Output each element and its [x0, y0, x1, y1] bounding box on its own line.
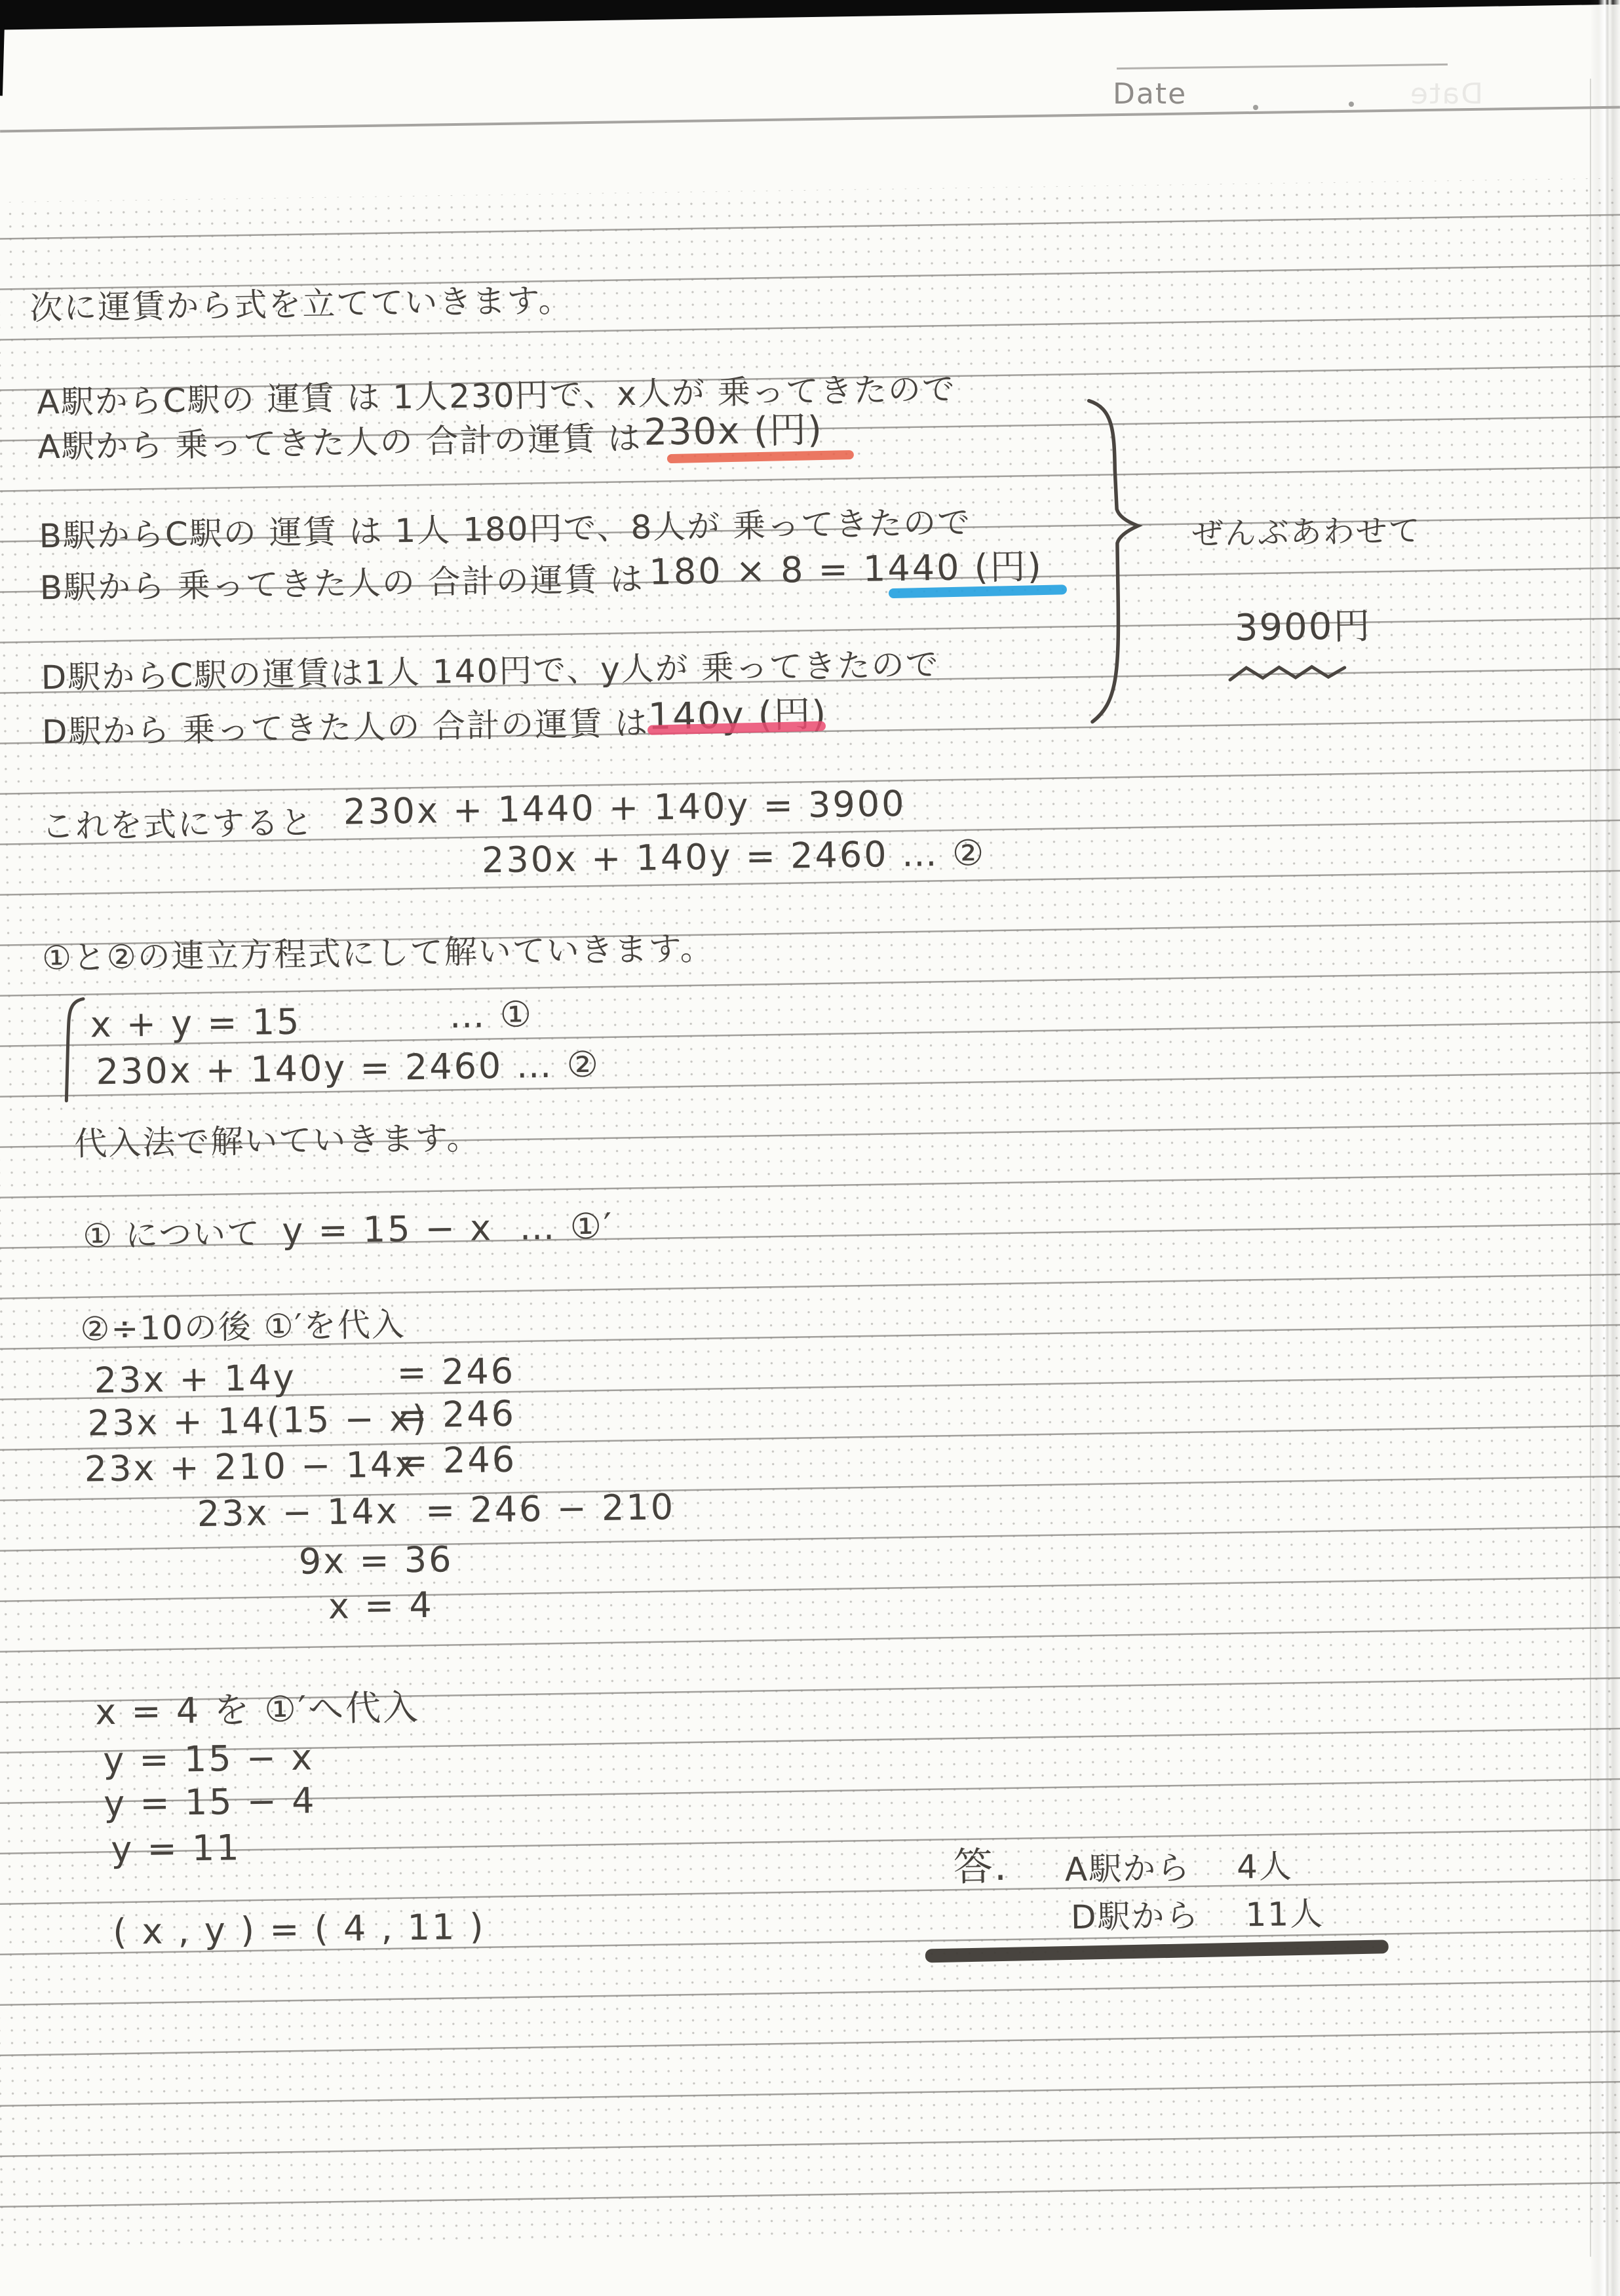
back-substitution-intro: x = 4 を ①′へ代入	[95, 1688, 421, 1732]
substitution-step1-eq: y = 15 − x … ①′	[282, 1207, 614, 1251]
total-note-line2: 3900円	[1234, 606, 1371, 649]
date-separator-dot	[1253, 105, 1258, 110]
scanner-edge-left	[0, 0, 5, 96]
substitution-step2-label: ②÷10の後 ①′を代入	[80, 1307, 406, 1347]
wavy-underline-mark	[1227, 659, 1352, 686]
fare-b-line2: B駅から 乗ってきた人の 合計の運賃 は	[39, 562, 644, 607]
back-substitution-step: y = 15 − x	[103, 1738, 315, 1780]
equation-step: 9x = 36	[298, 1540, 453, 1581]
answer-line2-station: D駅から	[1071, 1898, 1200, 1936]
fare-b-value: 180 × 8 = 1440 (円)	[649, 547, 1043, 592]
equation-step: 23x + 14y	[94, 1358, 296, 1400]
right-brace-mark	[1081, 396, 1148, 727]
system-eq2: 230x + 140y = 2460 … ②	[96, 1045, 600, 1092]
ruled-area: 次に運賃から式を立てていきます。 A駅からC駅の 運賃 は 1人230円で、x人…	[0, 178, 1620, 2247]
answer-line1-station: A駅から	[1065, 1850, 1191, 1888]
scanner-edge-top-strip	[0, 0, 1620, 5]
date-separator-dot	[1349, 102, 1354, 107]
fare-a-line2: A駅から 乗ってきた人の 合計の運賃 は	[37, 421, 642, 466]
answer-line1-value: 4人	[1237, 1848, 1294, 1885]
answer-line1: A駅から 4人	[1065, 1848, 1294, 1888]
fare-b-line1: B駅からC駅の 運賃 は 1人 180円で、8人が 乗ってきたので	[39, 505, 971, 554]
answer-line2-value: 11人	[1245, 1896, 1324, 1934]
system-eq1: x + y = 15	[90, 1003, 301, 1044]
intro-line: 次に運賃から式を立てていきます。	[29, 282, 573, 326]
substitution-intro: 代入法で解いていきます。	[74, 1120, 481, 1162]
solution-pair: ( x , y ) = ( 4 , 11 )	[113, 1907, 486, 1952]
fare-d-line2: D駅から 乗ってきた人の 合計の運賃 は	[42, 706, 649, 751]
header-rule	[0, 106, 1620, 133]
equation-step: 23x + 210 − 14x	[84, 1445, 417, 1489]
formulation-eq2: 230x + 140y = 2460 … ②	[482, 833, 986, 880]
total-note-line1: ぜんぶあわせて	[1191, 514, 1421, 552]
fare-d-line1: D駅からC駅の運賃は1人 140円で、y人が 乗ってきたので	[41, 647, 940, 696]
answer-line2: D駅から 11人	[1071, 1896, 1324, 1936]
answer-label: 答.	[953, 1845, 1008, 1889]
equation-step-rhs: = 246	[398, 1440, 516, 1481]
equation-step-rhs: = 246	[396, 1352, 515, 1392]
equation-step-rhs: = 246	[397, 1394, 516, 1435]
system-brace-mark	[56, 995, 91, 1104]
back-substitution-step: y = 15 − 4	[104, 1781, 317, 1823]
fare-a-value: 230x (円)	[644, 410, 823, 453]
notebook-page: Date Date 次に運賃から式を立てていきます。 A駅からC駅の 運賃 は …	[0, 0, 1620, 2296]
date-label: Date	[1113, 77, 1187, 111]
answer-underline	[925, 1940, 1389, 1962]
equation-step: x = 4	[328, 1586, 434, 1626]
system-intro: ①と②の連立方程式にして解いていきます。	[42, 930, 714, 976]
back-substitution-step: y = 11	[111, 1828, 241, 1869]
substitution-step1-label: ① について	[83, 1215, 261, 1254]
system-eq1-tag: … ①	[449, 995, 533, 1035]
date-ghost-showthrough: Date	[1409, 77, 1483, 111]
equation-step: 23x − 14x = 246 − 210	[197, 1487, 675, 1533]
equation-step: 23x + 14(15 − x)	[87, 1399, 428, 1443]
formulation-eq1: 230x + 1440 + 140y = 3900	[343, 784, 906, 832]
date-rule	[1117, 64, 1448, 69]
formulation-label: これを式にすると	[41, 805, 315, 845]
